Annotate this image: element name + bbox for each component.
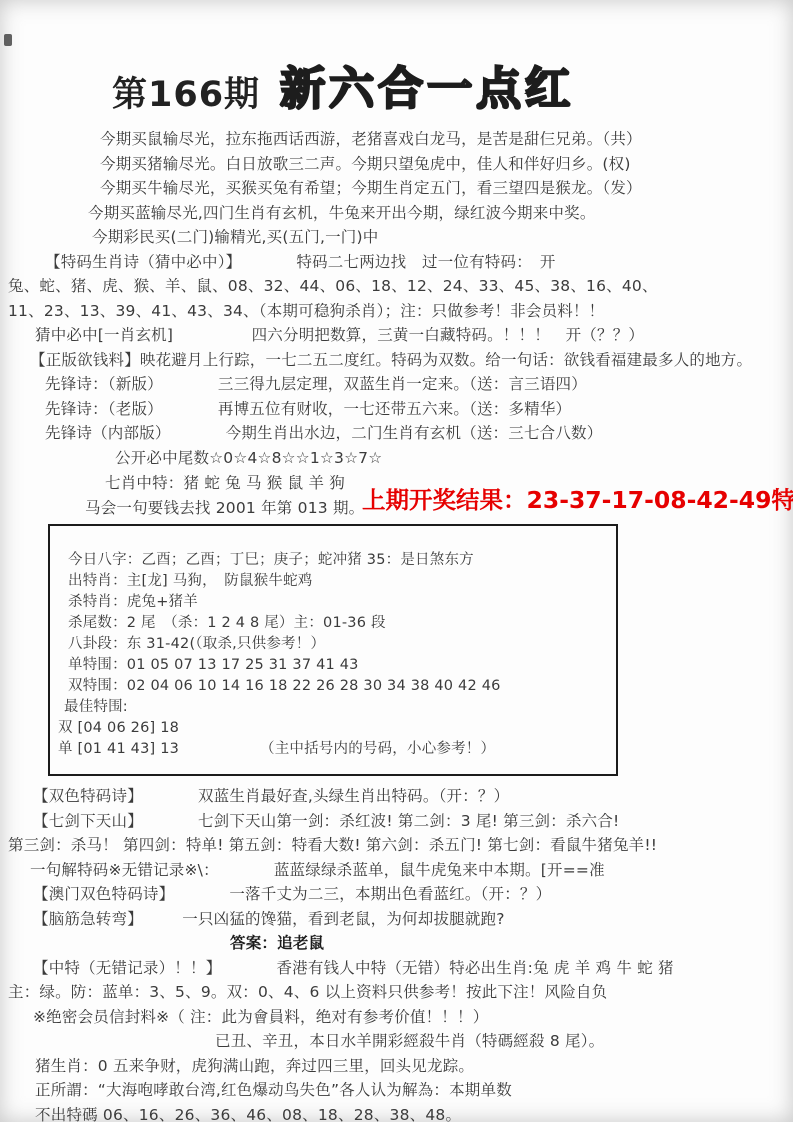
poem-line-ox: 今期买牛输尽光，买猴买兔有希望；今期生肖定五门，看三望四是猴龙。（发）: [100, 176, 793, 201]
secret-member-envelope: ※绝密会员信封料※（ 注：此为會員料，绝对有参考价值！！！）: [33, 1005, 793, 1030]
lottery-tip-sheet-page: 第166期 新六合一点红 今期买鼠输尽光，拉东拖西话西游，老猪喜戏白龙马，是苦是…: [0, 0, 793, 1122]
odd-special-range: 单特围：01 05 07 13 17 25 31 37 41 43: [68, 655, 608, 676]
seven-swords-line-2: 第三剑：杀马！ 第四剑：特单! 第五剑：特看大数! 第六剑：杀五门! 第七剑：看…: [8, 833, 793, 858]
two-color-poem: 【双色特码诗】 双蓝生肖最好查,头绿生肖出特码。（开：？）: [33, 784, 793, 809]
hk-rich-special-zodiac: 【中特（无错记录）！！】 香港有钱人中特（无错）特必出生肖:兔 虎 羊 鸡 牛 …: [33, 956, 793, 981]
brain-teaser: 【脑筋急转弯】 一只凶猛的馋猫，看到老鼠，为何却拔腿就跑?: [33, 907, 793, 932]
lower-tips-section: 【双色特码诗】 双蓝生肖最好查,头绿生肖出特码。（开：？） 【七剑下天山】 七剑…: [0, 784, 793, 1122]
one-zodiac-mystery-line: 猜中必中[一肖玄机] 四六分明把数算，三黄一白藏特码。！！！ 开（？？）: [35, 323, 793, 348]
special-numbers-box: 今日八字：乙酉；乙酉；丁巳；庚子；蛇冲猪 35：是日煞东方 出特肖：主[龙] 马…: [48, 524, 618, 776]
so-called-saying: 正所謂：“大海咆哮敢台湾,红色爆动鸟失色”各人认为解為：本期单数: [35, 1078, 793, 1103]
previous-draw-result: 上期开奖结果：23-37-17-08-42-49特47: [362, 481, 793, 515]
even-special-range: 双特围：02 04 06 10 14 16 18 22 26 28 30 34 …: [68, 676, 608, 697]
result-row: 七肖中特：猪 蛇 兔 马 猴 鼠 羊 狗 马会一句要钱去找 2001 年第 01…: [0, 471, 793, 520]
issue-number: 第166期: [112, 67, 260, 117]
daily-kill-zodiac: 已丑、辛丑，本日水羊開彩經殺牛肖（特碼經殺 8 尾）。: [215, 1029, 793, 1054]
bagua-segment: 八卦段：东 31-42(（取杀,只供参考！）: [68, 634, 608, 655]
poem-line-rat: 今期买鼠输尽光，拉东拖西话西游，老猪喜戏白龙马，是苦是甜仨兄弟。（共）: [100, 127, 793, 152]
best-range-header: 最佳特围:: [64, 697, 608, 718]
macau-two-color-poem: 【澳门双色特码诗】 一落千丈为二三，本期出色看蓝红。（开：？）: [33, 882, 793, 907]
result-row-left: 七肖中特：猪 蛇 兔 马 猴 鼠 羊 狗 马会一句要钱去找 2001 年第 01…: [0, 471, 362, 520]
wave-color-advice: 主：绿。防：蓝单：3、5、9。双：0、4、6 以上资料只供参考！按此下注！风险自…: [8, 980, 793, 1005]
zodiac-poem-header: 【特码生肖诗（猜中必中）】 特码二七两边找 过一位有特码： 开: [45, 250, 793, 275]
out-special-zodiac: 出特肖：主[龙] 马狗， 防鼠猴牛蛇鸡: [68, 571, 608, 592]
best-range-odd: 单 [01 41 43] 13 （主中括号内的号码，小心参考！）: [58, 739, 608, 760]
best-range-even: 双 [04 06 26] 18: [58, 718, 608, 739]
pioneer-poem-old: 先锋诗：（老版） 再博五位有财收，一七还带五六来。（送：多精华）: [45, 397, 793, 422]
brain-teaser-answer: 答案：追老鼠: [230, 931, 793, 956]
kill-tail-numbers: 杀尾数：2 尾 （杀：1 2 4 8 尾）主：01-36 段: [68, 613, 608, 634]
zodiac-number-list-2: 11、23、13、39、41、43、34、（本期可稳狗杀肖）；注：只做参考！非会…: [8, 299, 793, 324]
page-title: 第166期 新六合一点红: [112, 52, 793, 117]
kill-special-zodiac: 杀特肖：虎兔+猪羊: [68, 592, 608, 613]
zodiac-number-list-1: 兔、蛇、猪、虎、猴、羊、鼠、08、32、44、06、18、12、24、33、45…: [8, 274, 793, 299]
seven-swords-line-1: 【七剑下天山】 七剑下天山第一剑：杀红波! 第二剑：3 尾! 第三剑：杀六合!: [33, 809, 793, 834]
poem-line-gates: 今期彩民买(二门)输精光,买(五门,一门)中: [92, 225, 793, 250]
jockey-club-hint: 马会一句要钱去找 2001 年第 013 期。: [85, 496, 362, 521]
sheet-title: 新六合一点红: [280, 52, 574, 117]
poem-line-pig: 今期买猪输尽光。白日放歌三二声。今期只望兔虎中，佳人和伴好归乡。(权): [100, 152, 793, 177]
poem-line-blue: 今期买蓝输尽光,四门生肖有玄机，牛兔来开出今期，绿红波今期来中奖。: [88, 201, 793, 226]
public-tail-numbers: 公开必中尾数☆0☆4☆8☆☆1☆3☆7☆: [115, 446, 793, 471]
money-seeking-tip-line: 【正版欲钱料】映花避月上行踪，一七二五二度红。特码为双数。给一句话：欲钱看福建最…: [30, 348, 793, 373]
pioneer-poem-internal: 先锋诗（内部版） 今期生肖出水边，二门生肖有玄机（送：三七合八数）: [45, 421, 793, 446]
scan-artifact: [4, 34, 12, 46]
one-sentence-solution: 一句解特码※无错记录※\： 蓝蓝绿绿杀蓝单，鼠牛虎兔来中本期。[开==准: [30, 858, 793, 883]
seven-zodiac-special: 七肖中特：猪 蛇 兔 马 猴 鼠 羊 狗: [105, 471, 362, 496]
excluded-special-numbers: 不出特碼 06、16、26、36、46、08、18、28、38、48。: [35, 1103, 793, 1122]
pig-zodiac-poem: 猪生肖：0 五来争财，虎狗满山跑，奔过四三里，回头见龙踪。: [35, 1054, 793, 1079]
pioneer-poem-new: 先锋诗：（新版） 三三得九层定理，双蓝生肖一定来。（送：言三语四）: [45, 372, 793, 397]
bazi-line: 今日八字：乙酉；乙酉；丁巳；庚子；蛇冲猪 35：是日煞东方: [68, 550, 608, 571]
